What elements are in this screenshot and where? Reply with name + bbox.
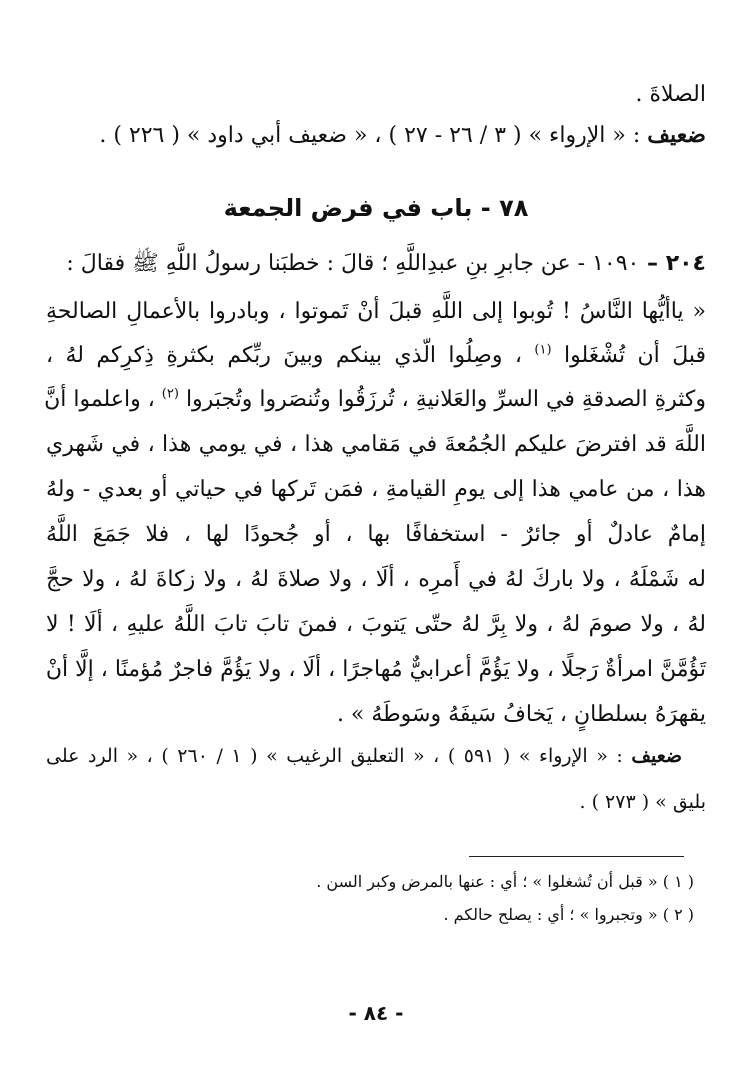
hadith-grading: ضعيف : « الإرواء » ( ٥٩١ ) ، « التعليق ا… xyxy=(46,741,682,771)
footnote-1: ( ١ ) « قبل أن تُشغلوا » ؛ أي : عنها بال… xyxy=(100,870,694,894)
footnote-ref-1[interactable]: (١) xyxy=(534,343,551,358)
hadith-line: هذا ، من عامي هذا إلى يومِ القيامةِ ، فم… xyxy=(46,475,706,505)
page-number: - ٨٤ - xyxy=(0,1000,752,1026)
hadith-number: ٢٠٤ xyxy=(666,251,706,276)
hadith-line: قبلَ أن تُشْغَلوا (١) ، وصِلُوا الّذي بي… xyxy=(46,341,706,371)
previous-text-ending: الصلاةَ . xyxy=(46,80,706,110)
hadith-grading-continued: بليق » ( ٢٧٣ ) . xyxy=(46,787,706,817)
hadith-line: « ياأيُّها النَّاسُ ! تُوبوا إلى اللَّهِ… xyxy=(46,297,706,327)
previous-grading: ضعيف : « الإرواء » ( ٣ / ٢٦ - ٢٧ ) ، « ض… xyxy=(46,120,706,151)
hadith-line: يقهرَهُ بسلطانٍ ، يَخافُ سَيفَهُ وسَوطَه… xyxy=(46,700,706,730)
hadith-global-number: ١٠٩٠ xyxy=(592,251,639,276)
grading-label: ضعيف xyxy=(647,122,706,148)
hadith-line: وكثرةِ الصدقةِ في السرِّ والعَلانيةِ ، ت… xyxy=(46,385,706,415)
hadith-line: إمامٌ عادلٌ أو جائرٌ - استخفافًا بها ، أ… xyxy=(46,520,706,550)
book-page: الصلاةَ . ضعيف : « الإرواء » ( ٣ / ٢٦ - … xyxy=(0,0,752,1089)
footnote-2: ( ٢ ) « وتجبروا » ؛ أي : يصلح حالكم . xyxy=(100,903,694,927)
hadith-separator: – xyxy=(639,251,665,276)
hadith-line: لهُ ، ولا صومَ لهُ ، ولا بِرَّ لهُ حتّى … xyxy=(46,610,706,640)
hadith-line: تَؤُمَّنَّ امرأةٌ رَجلًا ، ولا يَؤُمَّ أ… xyxy=(46,655,706,685)
grading-text: : « الإرواء » ( ٥٩١ ) ، « التعليق الرغيب… xyxy=(46,745,631,767)
grading-label: ضعيف xyxy=(631,745,682,767)
chapter-heading: ٧٨ - باب في فرض الجمعة xyxy=(0,192,752,224)
hadith-line-part: ، واعلموا أنَّ xyxy=(44,387,155,412)
hadith-line: له شَمْلَهُ ، ولا باركَ لهُ في أَمرِه ، … xyxy=(46,565,706,595)
hadith-line-part: وكثرةِ الصدقةِ في السرِّ والعَلانيةِ ، ت… xyxy=(186,387,706,412)
footnote-divider xyxy=(469,856,684,857)
hadith-isnad: - عن جابرِ بنِ عبدِاللَّهِ ؛ قالَ : خطبَ… xyxy=(66,251,592,276)
hadith-line-part: ، وصِلُوا الّذي بينكم وبينَ ربِّكم بكثرة… xyxy=(46,343,522,368)
hadith-line: اللَّهَ قد افترضَ عليكم الجُمُعةَ في مَق… xyxy=(46,430,706,460)
hadith-header: ٢٠٤ – ١٠٩٠ - عن جابرِ بنِ عبدِاللَّهِ ؛ … xyxy=(46,249,706,279)
grading-text: : « الإرواء » ( ٣ / ٢٦ - ٢٧ ) ، « ضعيف أ… xyxy=(99,123,647,148)
hadith-line-part: قبلَ أن تُشْغَلوا xyxy=(564,343,706,368)
footnote-ref-2[interactable]: (٢) xyxy=(162,387,179,402)
